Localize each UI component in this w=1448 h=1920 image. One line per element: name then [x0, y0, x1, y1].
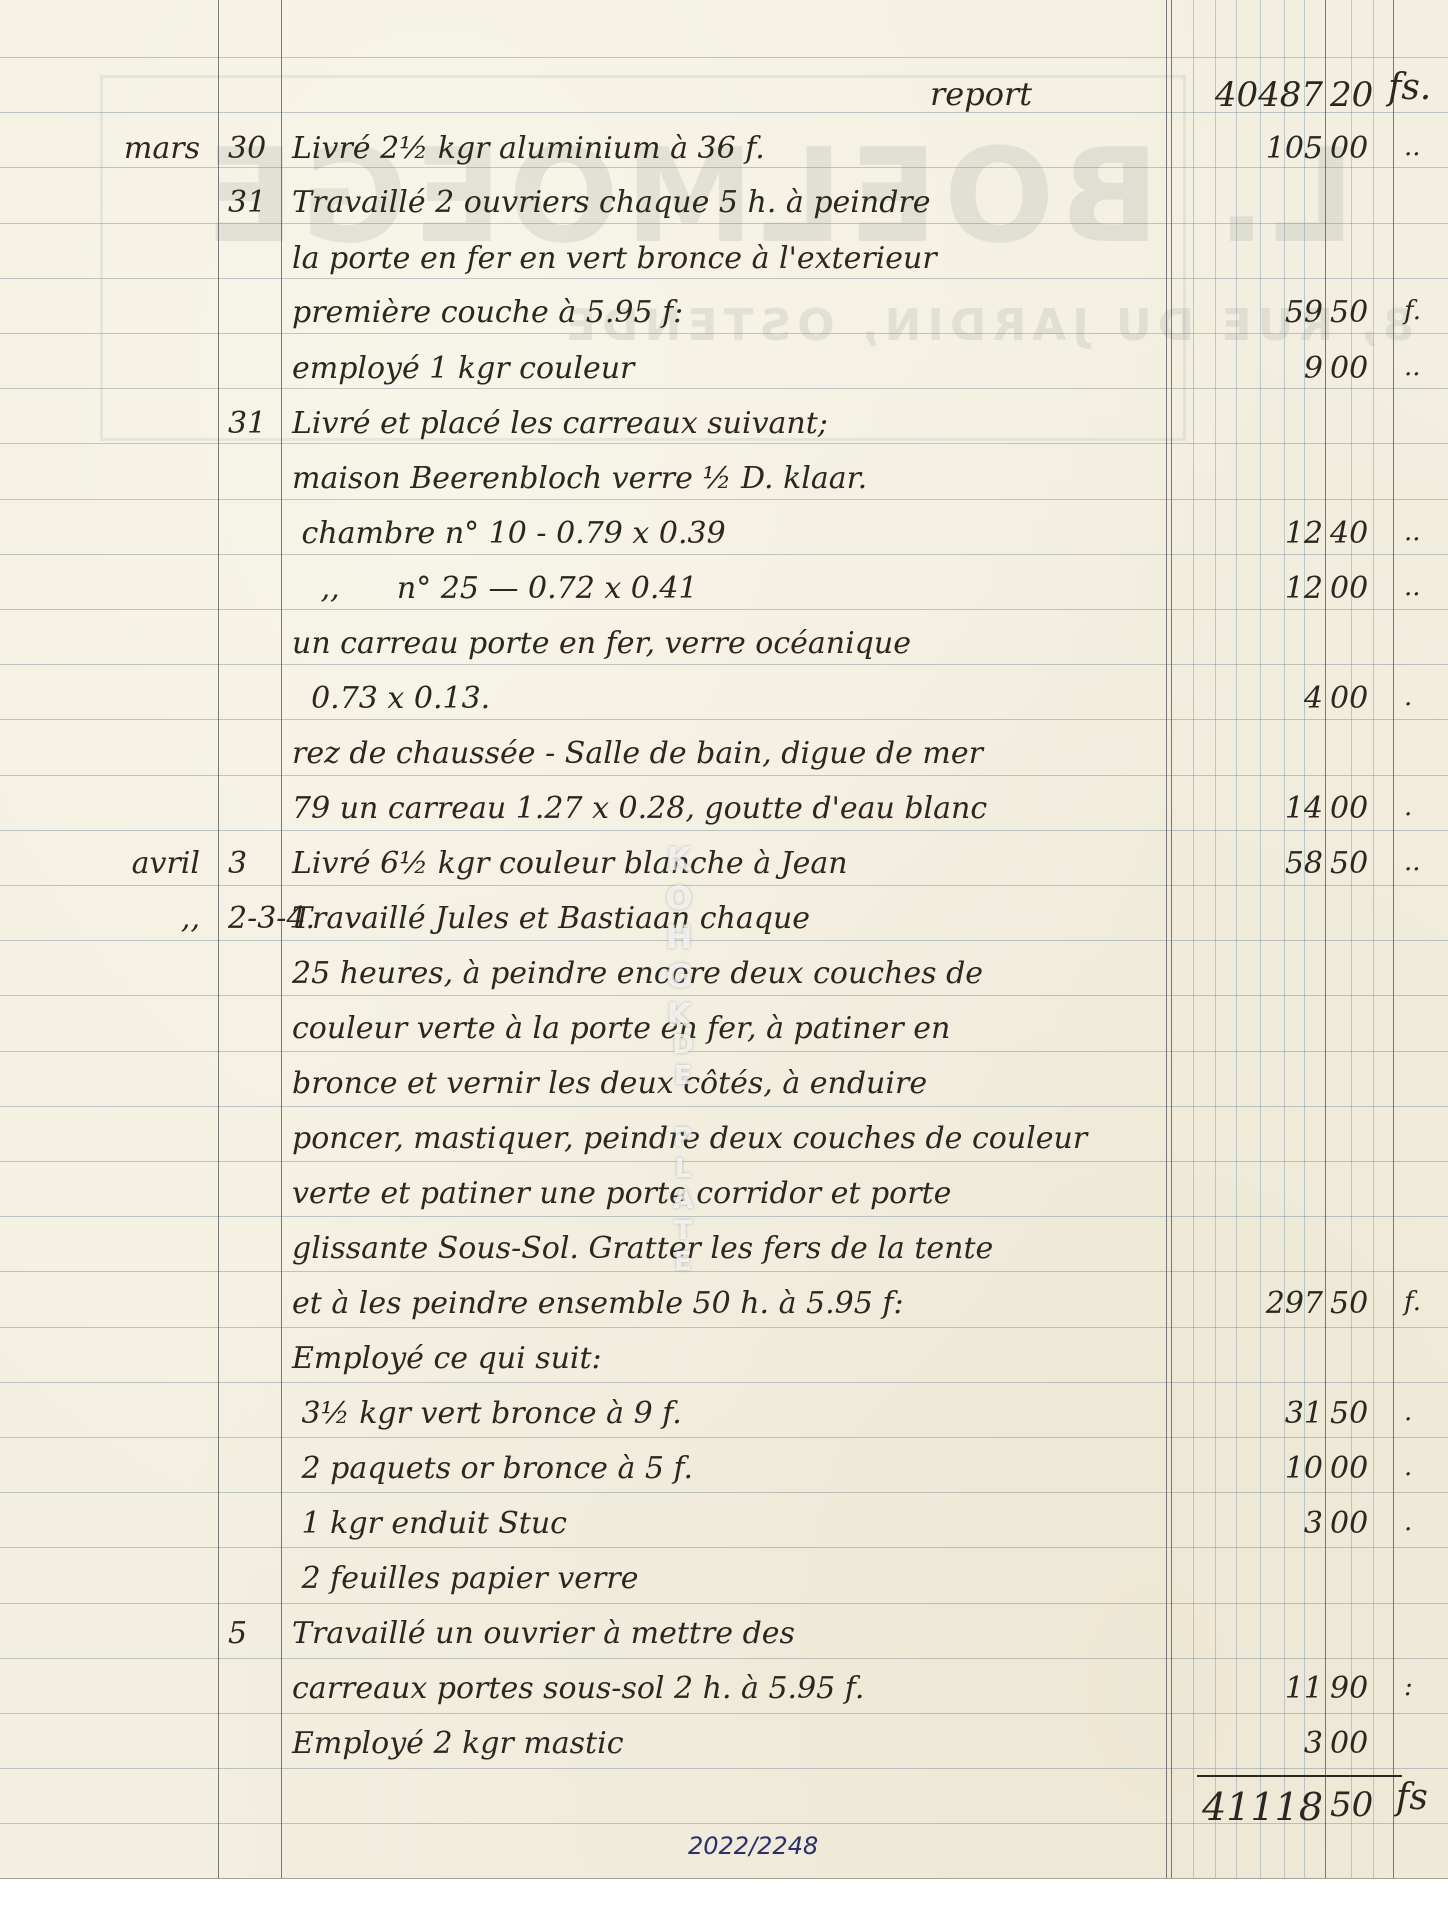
sum-line [1197, 1775, 1402, 1777]
entry-description: première couche à 5.95 f: [292, 298, 683, 328]
entry-day: 31 [228, 188, 266, 218]
entry-amount-decimal: 50 [1330, 1289, 1368, 1319]
amount-column-divider-b [1171, 0, 1172, 1878]
entry-amount-integer: 3 [1183, 1729, 1323, 1759]
entry-description: Livré 6½ kgr couleur blanche à Jean [292, 849, 848, 879]
entry-amount-integer: 31 [1183, 1399, 1323, 1429]
amount-grid-line [1304, 0, 1305, 1878]
entry-amount-integer: 14 [1183, 794, 1323, 824]
decimal-divider [1325, 0, 1326, 1878]
entry-description: 3½ kgr vert bronce à 9 f. [292, 1399, 682, 1429]
entry-ditto-mark: . [1404, 1399, 1412, 1425]
entry-description: glissante Sous-Sol. Gratter les fers de … [292, 1234, 993, 1264]
entry-description: un carreau porte en fer, verre océanique [292, 629, 911, 659]
entry-amount-integer: 12 [1183, 519, 1323, 549]
entry-amount-integer: 10 [1183, 1454, 1323, 1484]
entry-description: 1 kgr enduit Stuc [292, 1509, 567, 1539]
entry-description: carreaux portes sous-sol 2 h. à 5.95 f. [292, 1674, 864, 1704]
entry-amount-decimal: 90 [1330, 1674, 1368, 1704]
entry-description: maison Beerenbloch verre ½ D. klaar. [292, 464, 867, 494]
amount-grid-line [1193, 0, 1194, 1878]
entry-description: 2 feuilles papier verre [292, 1564, 638, 1594]
entry-amount-decimal: 00 [1330, 794, 1368, 824]
entry-amount-decimal: 00 [1330, 684, 1368, 714]
watermark-top: KOHGK [648, 840, 698, 1035]
entry-amount-integer: 297 [1183, 1289, 1323, 1319]
entry-amount-decimal: 00 [1330, 354, 1368, 384]
entry-amount-integer: 59 [1183, 298, 1323, 328]
archive-stamp: 2022/2248 [688, 1832, 818, 1860]
entry-description: la porte en fer en vert bronce à l'exter… [292, 244, 937, 274]
entry-ditto-mark: . [1404, 1509, 1412, 1535]
entry-amount-decimal: 00 [1330, 1729, 1368, 1759]
entry-amount-integer: 4 [1183, 684, 1323, 714]
entry-description: 25 heures, à peindre encore deux couches… [292, 959, 983, 989]
entry-amount-decimal: 50 [1330, 298, 1368, 328]
entry-day: 3 [228, 849, 247, 879]
entry-ditto-mark: .. [1404, 519, 1421, 545]
entry-ditto-mark: . [1404, 684, 1412, 710]
watermark-bottom: DE PLATE [648, 1030, 698, 1278]
entry-description: Livré et placé les carreaux suivant; [292, 409, 828, 439]
report-unit: fs. [1388, 70, 1431, 106]
day-column-divider [281, 0, 282, 1878]
entry-description: couleur verte à la porte en fer, à patin… [292, 1014, 950, 1044]
month-column-divider [218, 0, 219, 1878]
entry-description: rez de chaussée - Salle de bain, digue d… [292, 739, 983, 769]
total-unit: fs [1396, 1780, 1428, 1816]
amount-column-divider-a [1166, 0, 1167, 1878]
entry-month: mars [0, 134, 200, 164]
entry-month: avril [0, 849, 200, 879]
entry-amount-decimal: 50 [1330, 1399, 1368, 1429]
entry-amount-decimal: 50 [1330, 849, 1368, 879]
entry-ditto-mark: .. [1404, 134, 1421, 160]
entry-ditto-mark: .. [1404, 354, 1421, 380]
entry-description: ,, n° 25 — 0.72 x 0.41 [292, 574, 698, 604]
entry-amount-decimal: 00 [1330, 1509, 1368, 1539]
entry-amount-decimal: 00 [1330, 134, 1368, 164]
entry-amount-integer: 9 [1183, 354, 1323, 384]
entry-day: 5 [228, 1619, 247, 1649]
entry-description: Livré 2½ kgr aluminium à 36 f. [292, 134, 765, 164]
entry-amount-integer: 105 [1183, 134, 1323, 164]
entry-description: employé 1 kgr couleur [292, 354, 634, 384]
entry-ditto-mark: .. [1404, 849, 1421, 875]
entry-description: Employé ce qui suit: [292, 1344, 602, 1374]
amount-grid-line [1373, 0, 1374, 1878]
entry-description: Travaillé Jules et Bastiaan chaque [292, 904, 810, 934]
entry-amount-decimal: 00 [1330, 1454, 1368, 1484]
total-integer: 41118 [1183, 1788, 1323, 1826]
entry-description: Travaillé 2 ouvriers chaque 5 h. à peind… [292, 188, 931, 218]
amount-grid-line [1215, 0, 1216, 1878]
entry-amount-integer: 58 [1183, 849, 1323, 879]
amount-grid-line [1351, 0, 1352, 1878]
entry-description: Employé 2 kgr mastic [292, 1729, 624, 1759]
entry-amount-integer: 11 [1183, 1674, 1323, 1704]
entry-amount-decimal: 40 [1330, 519, 1368, 549]
entry-description: et à les peindre ensemble 50 h. à 5.95 f… [292, 1289, 904, 1319]
entry-description: chambre n° 10 - 0.79 x 0.39 [292, 519, 726, 549]
entry-ditto-mark: .. [1404, 574, 1421, 600]
entry-description: bronce et vernir les deux côtés, à endui… [292, 1069, 927, 1099]
unit-column-divider [1393, 0, 1394, 1878]
amount-grid-line [1284, 0, 1285, 1878]
entry-amount-integer: 12 [1183, 574, 1323, 604]
entry-description: 79 un carreau 1.27 x 0.28, goutte d'eau … [292, 794, 987, 824]
entry-description: 0.73 x 0.13. [292, 684, 490, 714]
report-decimal: 20 [1330, 78, 1373, 112]
entry-day: 31 [228, 409, 266, 439]
ledger-page: L. BOELMOEGE 8, RUE DU JARDIN, OSTENDE r… [0, 0, 1448, 1879]
report-integer: 40487 [1183, 78, 1323, 112]
entry-ditto-mark: : [1404, 1674, 1413, 1700]
entry-amount-decimal: 00 [1330, 574, 1368, 604]
entry-ditto-mark: f. [1404, 298, 1421, 324]
entry-ditto-mark: . [1404, 794, 1412, 820]
entry-description: 2 paquets or bronce à 5 f. [292, 1454, 693, 1484]
entry-description: Travaillé un ouvrier à mettre des [292, 1619, 795, 1649]
entry-ditto-mark: . [1404, 1454, 1412, 1480]
amount-grid-line [1260, 0, 1261, 1878]
entry-ditto-mark: f. [1404, 1289, 1421, 1315]
entry-day: 30 [228, 134, 266, 164]
entry-amount-integer: 3 [1183, 1509, 1323, 1539]
total-decimal: 50 [1330, 1788, 1373, 1822]
amount-grid-line [1236, 0, 1237, 1878]
entry-description: verte et patiner une porte corridor et p… [292, 1179, 951, 1209]
entry-month: ,, [0, 904, 200, 934]
report-label: report [930, 78, 1032, 110]
